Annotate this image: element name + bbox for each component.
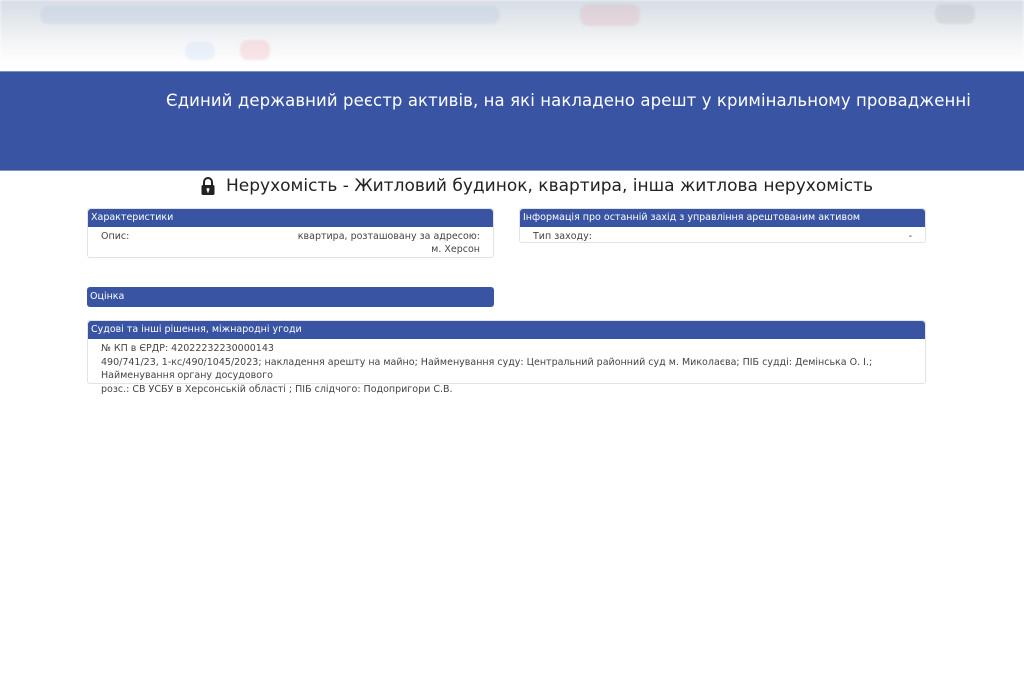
last-measure-heading: Інформація про останній захід з управлін… <box>520 209 925 227</box>
decision-details: 490/741/23, 1-кс/490/1045/2023; накладен… <box>101 356 915 383</box>
valuation-panel: Оцінка <box>87 287 494 307</box>
site-header: Єдиний державний реєстр активів, на які … <box>0 71 1024 171</box>
case-number: № КП в ЄРДР: 42022232230000143 <box>101 342 915 356</box>
decision-entry: № КП в ЄРДР: 42022232230000143 490/741/2… <box>88 339 925 398</box>
description-label: Опис: <box>101 230 129 256</box>
blurred-tab-region <box>240 40 270 60</box>
decisions-panel: Судові та інші рішення, міжнародні угоди… <box>87 320 926 384</box>
registry-title: Єдиний державний реєстр активів, на які … <box>166 91 971 110</box>
browser-chrome-blurred <box>0 0 1024 66</box>
valuation-heading: Оцінка <box>87 287 494 307</box>
description-value: квартира, розташовану за адресою: м. Хер… <box>290 230 480 256</box>
characteristics-heading: Характеристики <box>88 209 493 227</box>
characteristics-row-description: Опис: квартира, розташовану за адресою: … <box>88 227 493 258</box>
decisions-heading: Судові та інші рішення, міжнародні угоди <box>88 321 925 339</box>
blurred-tab-region <box>580 4 640 26</box>
page-title-text: Нерухомість - Житловий будинок, квартира… <box>226 176 873 196</box>
page-title: Нерухомість - Житловий будинок, квартира… <box>200 176 873 196</box>
last-measure-panel: Інформація про останній захід з управлін… <box>519 208 926 243</box>
blurred-toolbar-region <box>40 6 500 24</box>
measure-type-value: - <box>909 230 912 243</box>
blurred-tab-region <box>185 42 215 60</box>
characteristics-panel: Характеристики Опис: квартира, розташова… <box>87 208 494 258</box>
measure-type-label: Тип заходу: <box>533 230 592 243</box>
decision-details-continued: розс.: СВ УСБУ в Херсонській області ; П… <box>88 383 915 397</box>
last-measure-row-type: Тип заходу: - <box>520 227 925 245</box>
lock-icon <box>200 176 216 196</box>
blurred-menu-region <box>935 4 975 24</box>
